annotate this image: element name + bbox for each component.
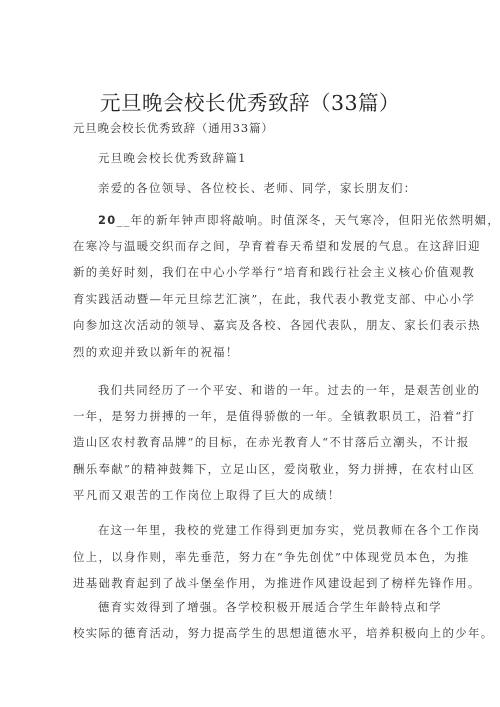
greeting-line: 亲爱的各位领导、各位校长、老师、同学，家长朋友们： xyxy=(98,180,417,196)
section-heading: 元旦晚会校长优秀致辞篇1 xyxy=(98,150,247,166)
paragraph-line: 平凡而又艰苦的工作岗位上取得了巨大的成绩！ xyxy=(73,487,341,503)
paragraph-line: 向参加这次活动的领导、嘉宾及各校、各园代表队，朋友、家长们表示热 xyxy=(73,317,481,333)
paragraph-line: 在寒冷与温暖交织而存之间，孕育着春天希望和发展的气息。在这辞旧迎 xyxy=(73,238,481,254)
paragraph-line: 在这一年里，我校的党建工作得到更加夯实，党员教师在各个工作岗 xyxy=(98,522,480,538)
paragraph-line: 位上，以身作则，率先垂范，努力在“争先创优”中体现党员本色，为推 xyxy=(73,549,470,565)
document-title: 元旦晚会校长优秀致辞（33篇） xyxy=(0,86,500,116)
paragraph-line: 校实际的德育活动，努力提高学生的思想道德水平，培养积极向上的少年。 xyxy=(73,625,493,641)
paragraph-line: 20__年的新年钟声即将敲响。时值深冬，天气寒冷，但阳光依然明媚， xyxy=(98,212,500,228)
paragraph-line: 一年，是努力拼搏的一年，是值得骄傲的一年。全镇教职员工，沿着“打 xyxy=(73,408,475,424)
paragraph-line: 育实践活动暨—年元旦综艺汇演”，在此，我代表小教党支部、中心小学 xyxy=(73,291,475,307)
year-prefix: 20 xyxy=(98,213,117,227)
paragraph-line: 烈的欢迎并致以新年的祝福！ xyxy=(73,344,239,360)
paragraph-line: 酬乐奉献”的精神鼓舞下，立足山区，爱岗敬业，努力拼搏，在农村山区 xyxy=(73,461,475,477)
paragraph-line: 新的美好时刻，我们在中心小学举行“培育和践行社会主义核心价值观教 xyxy=(73,264,475,280)
paragraph-line: 造山区农村教育品牌”的目标，在赤光教育人“不甘落后立潮头，不计报 xyxy=(73,434,470,450)
paragraph-line: 我们共同经历了一个平安、和谐的一年。过去的一年，是艰苦创业的 xyxy=(98,382,480,398)
paragraph-line: 进基础教育起到了战斗堡垒作用，为推进作风建设起到了榜样先锋作用。 xyxy=(73,575,481,591)
paragraph-line: 德育实效得到了增强。各学校积极开展适合学生年龄特点和学 xyxy=(98,599,442,615)
document-subtitle: 元旦晚会校长优秀致辞（通用33篇） xyxy=(73,120,274,136)
